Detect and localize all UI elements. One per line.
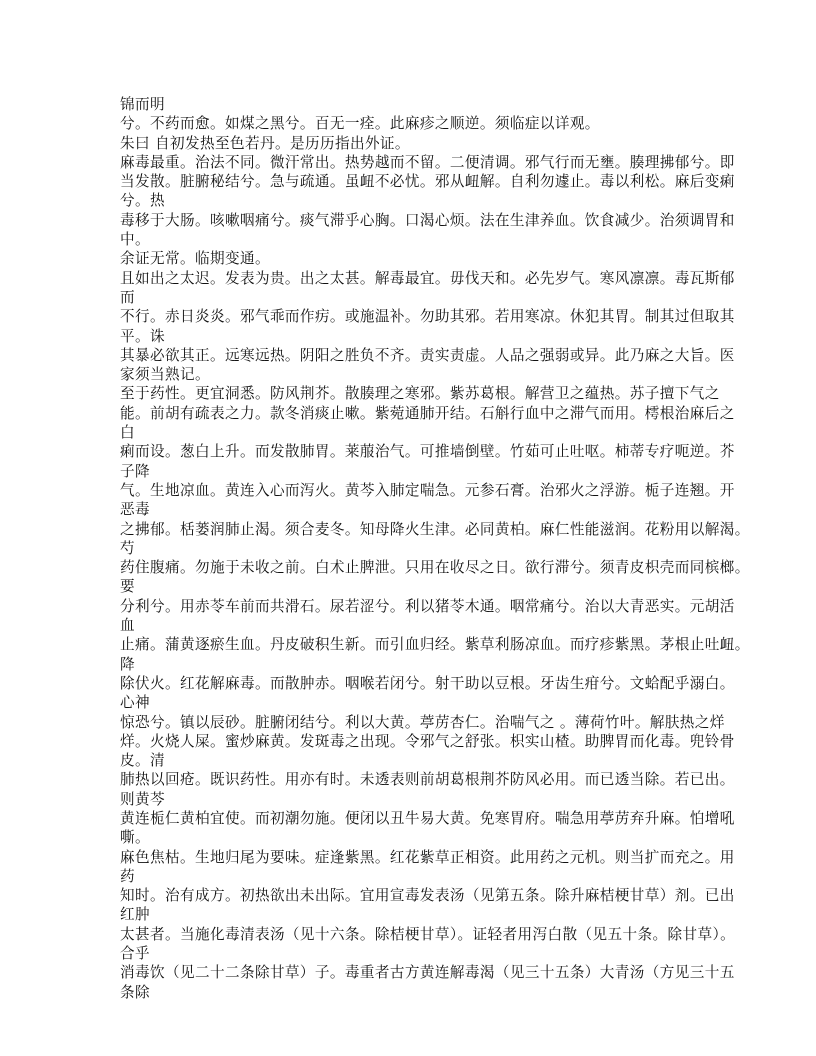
text-line: 而 (120, 288, 705, 307)
text-line: 白 (120, 423, 705, 442)
text-line: 血 (120, 616, 705, 635)
text-line: 子降 (120, 462, 705, 481)
text-line: 合乎 (120, 944, 705, 963)
text-line: 药住腹痛。勿施于未收之前。白术止脾泄。只用在收尽之日。欲行滞兮。须青皮枳壳而同槟… (120, 558, 705, 577)
text-line: 家须当熟记。 (120, 365, 705, 384)
text-line: 能。前胡有疏表之力。款冬消痰止嗽。紫菀通肺开结。石斛行血中之滞气而用。樗根治麻后… (120, 404, 705, 423)
text-line: 兮。不药而愈。如煤之黑兮。百无一痊。此麻疹之顺逆。须临症以详观。 (120, 114, 705, 133)
text-line: 当发散。脏腑秘结兮。急与疏通。虽衄不必忧。邪从衄解。自利勿遽止。毒以利松。麻后变… (120, 172, 705, 191)
text-line: 且如出之太迟。发表为贵。出之太甚。解毒最宜。毋伐天和。必先岁气。寒风凛凛。毒瓦斯… (120, 269, 705, 288)
text-line: 则黄芩 (120, 790, 705, 809)
text-line: 痢而设。葱白上升。而发散肺胃。莱菔治气。可推墙倒壁。竹茹可止吐呕。柿蒂专疗呃逆。… (120, 442, 705, 461)
text-line: 肺热以回疮。既识药性。用亦有时。未透表则前胡葛根荆芥防风必用。而已透当除。若已出… (120, 770, 705, 789)
text-line: 降 (120, 655, 705, 674)
text-line: 毒移于大肠。咳嗽咽痛兮。痰气滞乎心胸。口渴心烦。法在生津养血。饮食减少。治须调胃… (120, 211, 705, 230)
text-line: 不行。赤日炎炎。邪气乖而作疠。或施温补。勿助其邪。若用寒凉。休犯其胃。制其过但取… (120, 307, 705, 326)
text-line: 皮。清 (120, 751, 705, 770)
text-line: 要 (120, 577, 705, 596)
text-line: 消毒饮（见二十二条除甘草）子。毒重者古方黄连解毒渴（见三十五条）大青汤（方见三十… (120, 963, 705, 982)
text-line: 芍 (120, 539, 705, 558)
text-line: 之拂郁。栝蒌润肺止渴。须合麦冬。知母降火生津。必同黄柏。麻仁性能滋润。花粉用以解… (120, 520, 705, 539)
text-line: 至于药性。更宜洞悉。防风荆芥。散腠理之寒邪。紫苏葛根。解营卫之蕴热。苏子擅下气之 (120, 384, 705, 403)
text-line: 麻色焦枯。生地归尾为要味。症逢紫黑。红花紫草正相资。此用药之元机。则当扩而充之。… (120, 848, 705, 867)
text-line: 止痛。蒲黄逐瘀生血。丹皮破积生新。而引血归经。紫草利肠凉血。而疗疹紫黑。茅根止吐… (120, 635, 705, 654)
text-line: 太甚者。当施化毒清表汤（见十六条。除桔梗甘草）。证轻者用泻白散（见五十条。除甘草… (120, 925, 705, 944)
text-line: 朱曰 自初发热至色若丹。是历历指出外证。 (120, 134, 705, 153)
text-line: 平。诛 (120, 327, 705, 346)
text-line: 麻毒最重。治法不同。微汗常出。热势越而不留。二便清调。邪气行而无壅。腠理拂郁兮。… (120, 153, 705, 172)
text-line: 气。生地凉血。黄连入心而泻火。黄芩入肺定喘急。元参石膏。治邪火之浮游。栀子连翘。… (120, 481, 705, 500)
text-line: 除伏火。红花解麻毒。而散肿赤。咽喉若闭兮。射干助以豆根。牙齿生疳兮。文蛤配乎溺白… (120, 674, 705, 693)
text-line: 兮。热 (120, 191, 705, 210)
text-line: 黄连栀仁黄柏宜使。而初潮勿施。便闭以丑牛易大黄。免寒胃府。喘急用葶苈弃升麻。怕增… (120, 809, 705, 828)
text-line: 红肿 (120, 905, 705, 924)
text-line: 锦而明 (120, 95, 705, 114)
text-line: 知时。治有成方。初热欲出未出际。宜用宣毒发表汤（见第五条。除升麻桔梗甘草）剂。已… (120, 886, 705, 905)
text-line: 其暴必欲其正。远寒远热。阴阳之胜负不齐。责实责虚。人品之强弱或异。此乃麻之大旨。… (120, 346, 705, 365)
text-line: 余证无常。临期变通。 (120, 249, 705, 268)
text-line: 中。 (120, 230, 705, 249)
text-line: 分利兮。用赤苓车前而共滑石。尿若涩兮。利以猪苓木通。咽常痛兮。治以大青恶实。元胡… (120, 597, 705, 616)
text-line: 条除 (120, 983, 705, 1002)
text-line: 嘶。 (120, 828, 705, 847)
text-line: 心神 (120, 693, 705, 712)
document-page: 锦而明 兮。不药而愈。如煤之黑兮。百无一痊。此麻疹之顺逆。须临症以详观。 朱曰 … (120, 95, 705, 1021)
text-line: 恶毒 (120, 500, 705, 519)
text-line: 惊恐兮。镇以辰砂。脏腑闭结兮。利以大黄。葶苈杏仁。治喘气之 。薄荷竹叶。解肤热之… (120, 713, 705, 732)
text-line: 药 (120, 867, 705, 886)
text-line: 烊。火烧人屎。蜜炒麻黄。发斑毒之出现。令邪气之舒张。枳实山楂。助脾胃而化毒。兜铃… (120, 732, 705, 751)
text-line (120, 1002, 705, 1021)
